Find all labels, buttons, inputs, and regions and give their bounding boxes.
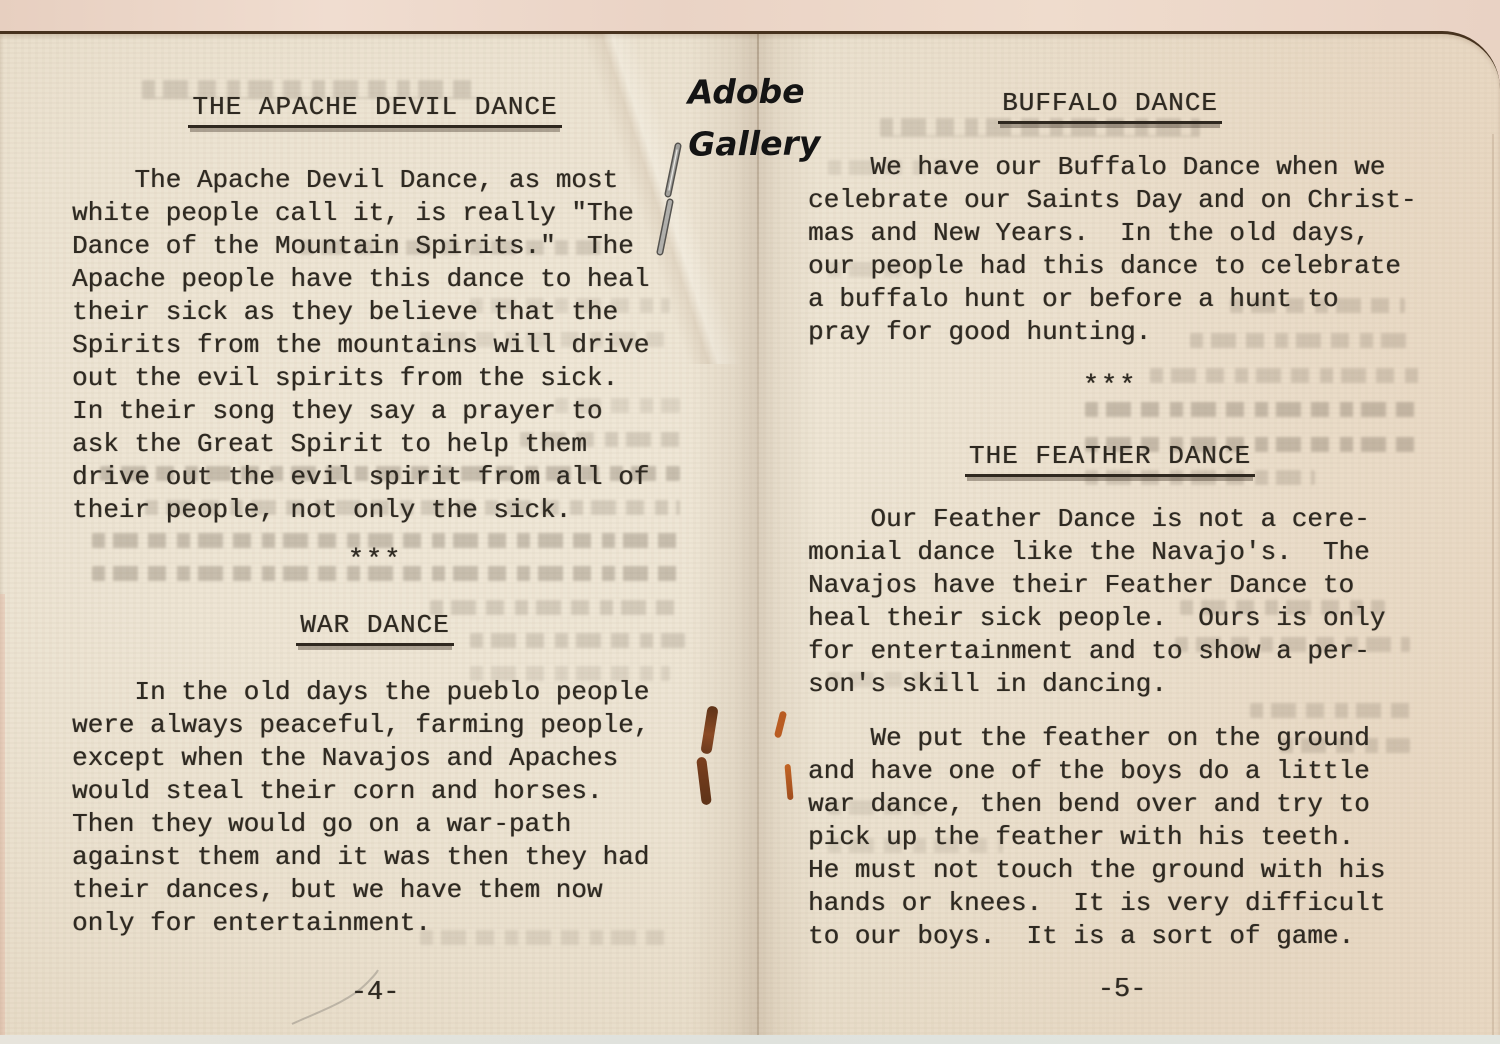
war-dance-heading: WAR DANCE: [75, 610, 675, 646]
war-dance-paragraph: In the old days the pueblo people were a…: [72, 676, 697, 940]
feather-dance-heading: THE FEATHER DANCE: [810, 441, 1410, 477]
buffalo-dance-paragraph: We have our Buffalo Dance when we celebr…: [808, 151, 1433, 349]
page-edge-sliver: [0, 594, 5, 1044]
watermark-line-1: Adobe: [688, 65, 818, 118]
feather-dance-paragraph-2: We put the feather on the ground and hav…: [808, 722, 1433, 953]
heading-underlined-text: THE FEATHER DANCE: [965, 441, 1255, 477]
bleed-through-text: [1085, 402, 1415, 417]
scanned-booklet-spread: THE APACHE DEVIL DANCE The Apache Devil …: [0, 0, 1500, 1044]
buffalo-dance-heading: BUFFALO DANCE: [810, 88, 1410, 124]
heading-underlined-text: THE APACHE DEVIL DANCE: [188, 92, 561, 128]
right-page-number: -5-: [822, 975, 1422, 1005]
heading-underlined-text: BUFFALO DANCE: [998, 88, 1222, 124]
adobe-gallery-watermark: Adobe Gallery: [688, 65, 819, 170]
page-edge-line: [1492, 134, 1494, 1036]
scanner-edge-strip: [0, 1035, 1500, 1044]
heading-underlined-text: WAR DANCE: [296, 610, 453, 646]
feather-dance-paragraph-1: Our Feather Dance is not a cere- monial …: [808, 503, 1433, 701]
left-page-number: -4-: [75, 978, 675, 1008]
apache-devil-dance-paragraph: The Apache Devil Dance, as most white pe…: [72, 164, 697, 527]
section-separator: ***: [810, 372, 1410, 402]
section-separator: ***: [75, 546, 675, 576]
bleed-through-text: [1250, 703, 1410, 718]
left-page-heading: THE APACHE DEVIL DANCE: [75, 92, 675, 128]
watermark-line-2: Gallery: [688, 117, 818, 170]
